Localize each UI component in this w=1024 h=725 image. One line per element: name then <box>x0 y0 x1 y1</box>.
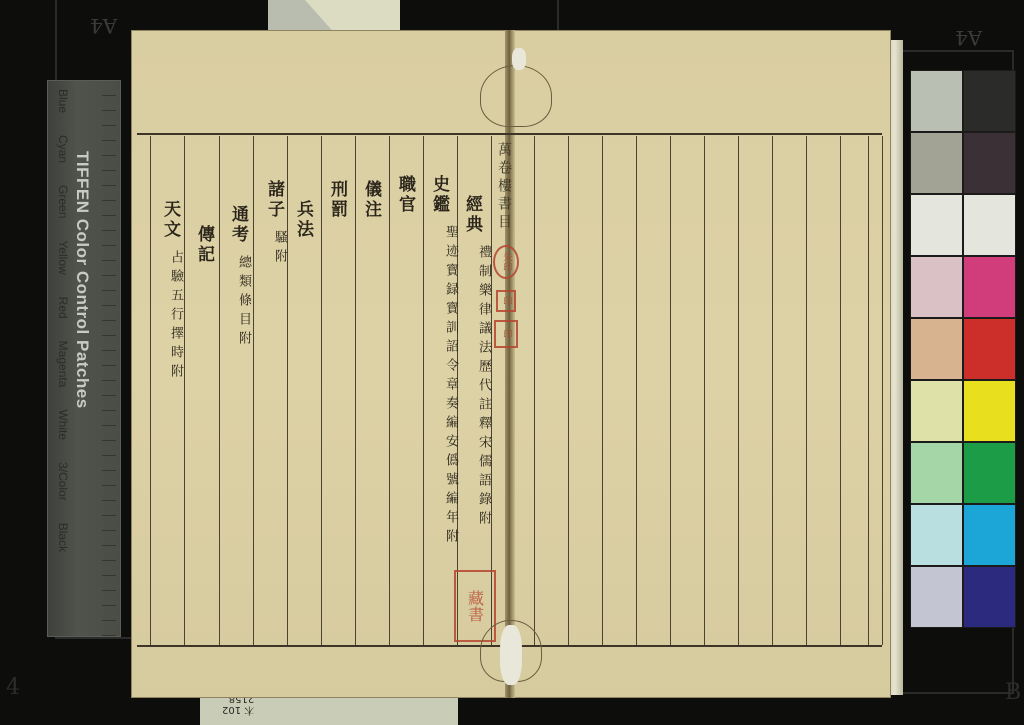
column-rule <box>772 136 773 645</box>
a4-mark-left: A4 <box>90 14 117 38</box>
print-frame-top <box>137 133 882 135</box>
entry-heading: 經典 <box>460 195 485 235</box>
column-rule <box>868 136 869 645</box>
entry-heading: 天文 <box>158 200 183 240</box>
color-patch <box>910 504 963 566</box>
column-rule <box>423 136 424 645</box>
column-rule <box>602 136 603 645</box>
color-patch <box>910 442 963 504</box>
entry-heading: 諸子 <box>262 180 287 220</box>
entry-heading: 通考 <box>226 205 251 245</box>
entry-heading: 刑罰 <box>325 180 350 220</box>
color-patch <box>963 566 1016 628</box>
color-patch <box>963 132 1016 194</box>
tiffen-brand-title: TIFFEN Color Control Patches <box>72 151 92 409</box>
entry-heading: 史鑑 <box>427 175 452 215</box>
column-rule <box>882 136 883 645</box>
entry-heading: 兵法 <box>291 200 316 240</box>
color-patch <box>963 194 1016 256</box>
tiffen-color-strip: BlueCyanGreenYellowRedMagentaWhite3/Colo… <box>47 80 121 637</box>
entry-note: 騷附 <box>270 230 289 268</box>
entry-note: 占驗五行擇時附 <box>166 250 185 383</box>
color-labels: BlueCyanGreenYellowRedMagentaWhite3/Colo… <box>56 89 70 574</box>
corner-mark-right: B <box>1005 680 1021 705</box>
book-gutter <box>505 30 515 698</box>
color-patch <box>963 442 1016 504</box>
a4-mark-right: A4 <box>955 26 982 50</box>
color-patch <box>910 194 963 256</box>
color-patch <box>910 256 963 318</box>
color-patch <box>963 504 1016 566</box>
column-rule <box>355 136 356 645</box>
column-rule <box>738 136 739 645</box>
seal-small-1: 印 <box>496 290 516 312</box>
binding-hole-top <box>512 48 526 70</box>
seal-round: 朱印 <box>493 245 519 279</box>
entry-heading: 傳記 <box>192 225 217 265</box>
color-patch <box>963 256 1016 318</box>
color-patch <box>963 380 1016 442</box>
color-patch <box>963 318 1016 380</box>
column-rule <box>670 136 671 645</box>
color-patch <box>910 380 963 442</box>
column-rule <box>534 136 535 645</box>
column-rule <box>806 136 807 645</box>
entry-heading: 職官 <box>393 175 418 215</box>
column-rule <box>840 136 841 645</box>
column-rule <box>389 136 390 645</box>
color-patch <box>910 566 963 628</box>
color-patch <box>910 70 963 132</box>
column-rule <box>704 136 705 645</box>
color-patch <box>910 132 963 194</box>
column-rule <box>287 136 288 645</box>
column-rule <box>253 136 254 645</box>
ruler-scale <box>102 81 116 636</box>
entry-note: 總類條目附 <box>234 255 253 350</box>
color-patch-chart <box>910 70 1016 630</box>
entry-note: 禮制樂律議法歷代註釋宋儒語錄附 <box>474 245 493 530</box>
entry-note: 聖迹寳録寳訓詔令章奏編安僞號編年附 <box>441 225 460 548</box>
column-rule <box>150 136 151 645</box>
seal-small-2: 印 <box>494 320 518 348</box>
binding-hole-bottom <box>500 625 522 685</box>
binding-tear-top <box>480 65 552 127</box>
color-patch <box>910 318 963 380</box>
column-rule <box>568 136 569 645</box>
catalog-title: 萬卷樓書目 <box>494 142 514 232</box>
column-rule <box>219 136 220 645</box>
column-rule <box>184 136 185 645</box>
corner-mark-left: 4 <box>6 675 20 700</box>
column-rule <box>636 136 637 645</box>
color-patch <box>963 70 1016 132</box>
entry-heading: 儀注 <box>359 180 384 220</box>
column-rule <box>321 136 322 645</box>
